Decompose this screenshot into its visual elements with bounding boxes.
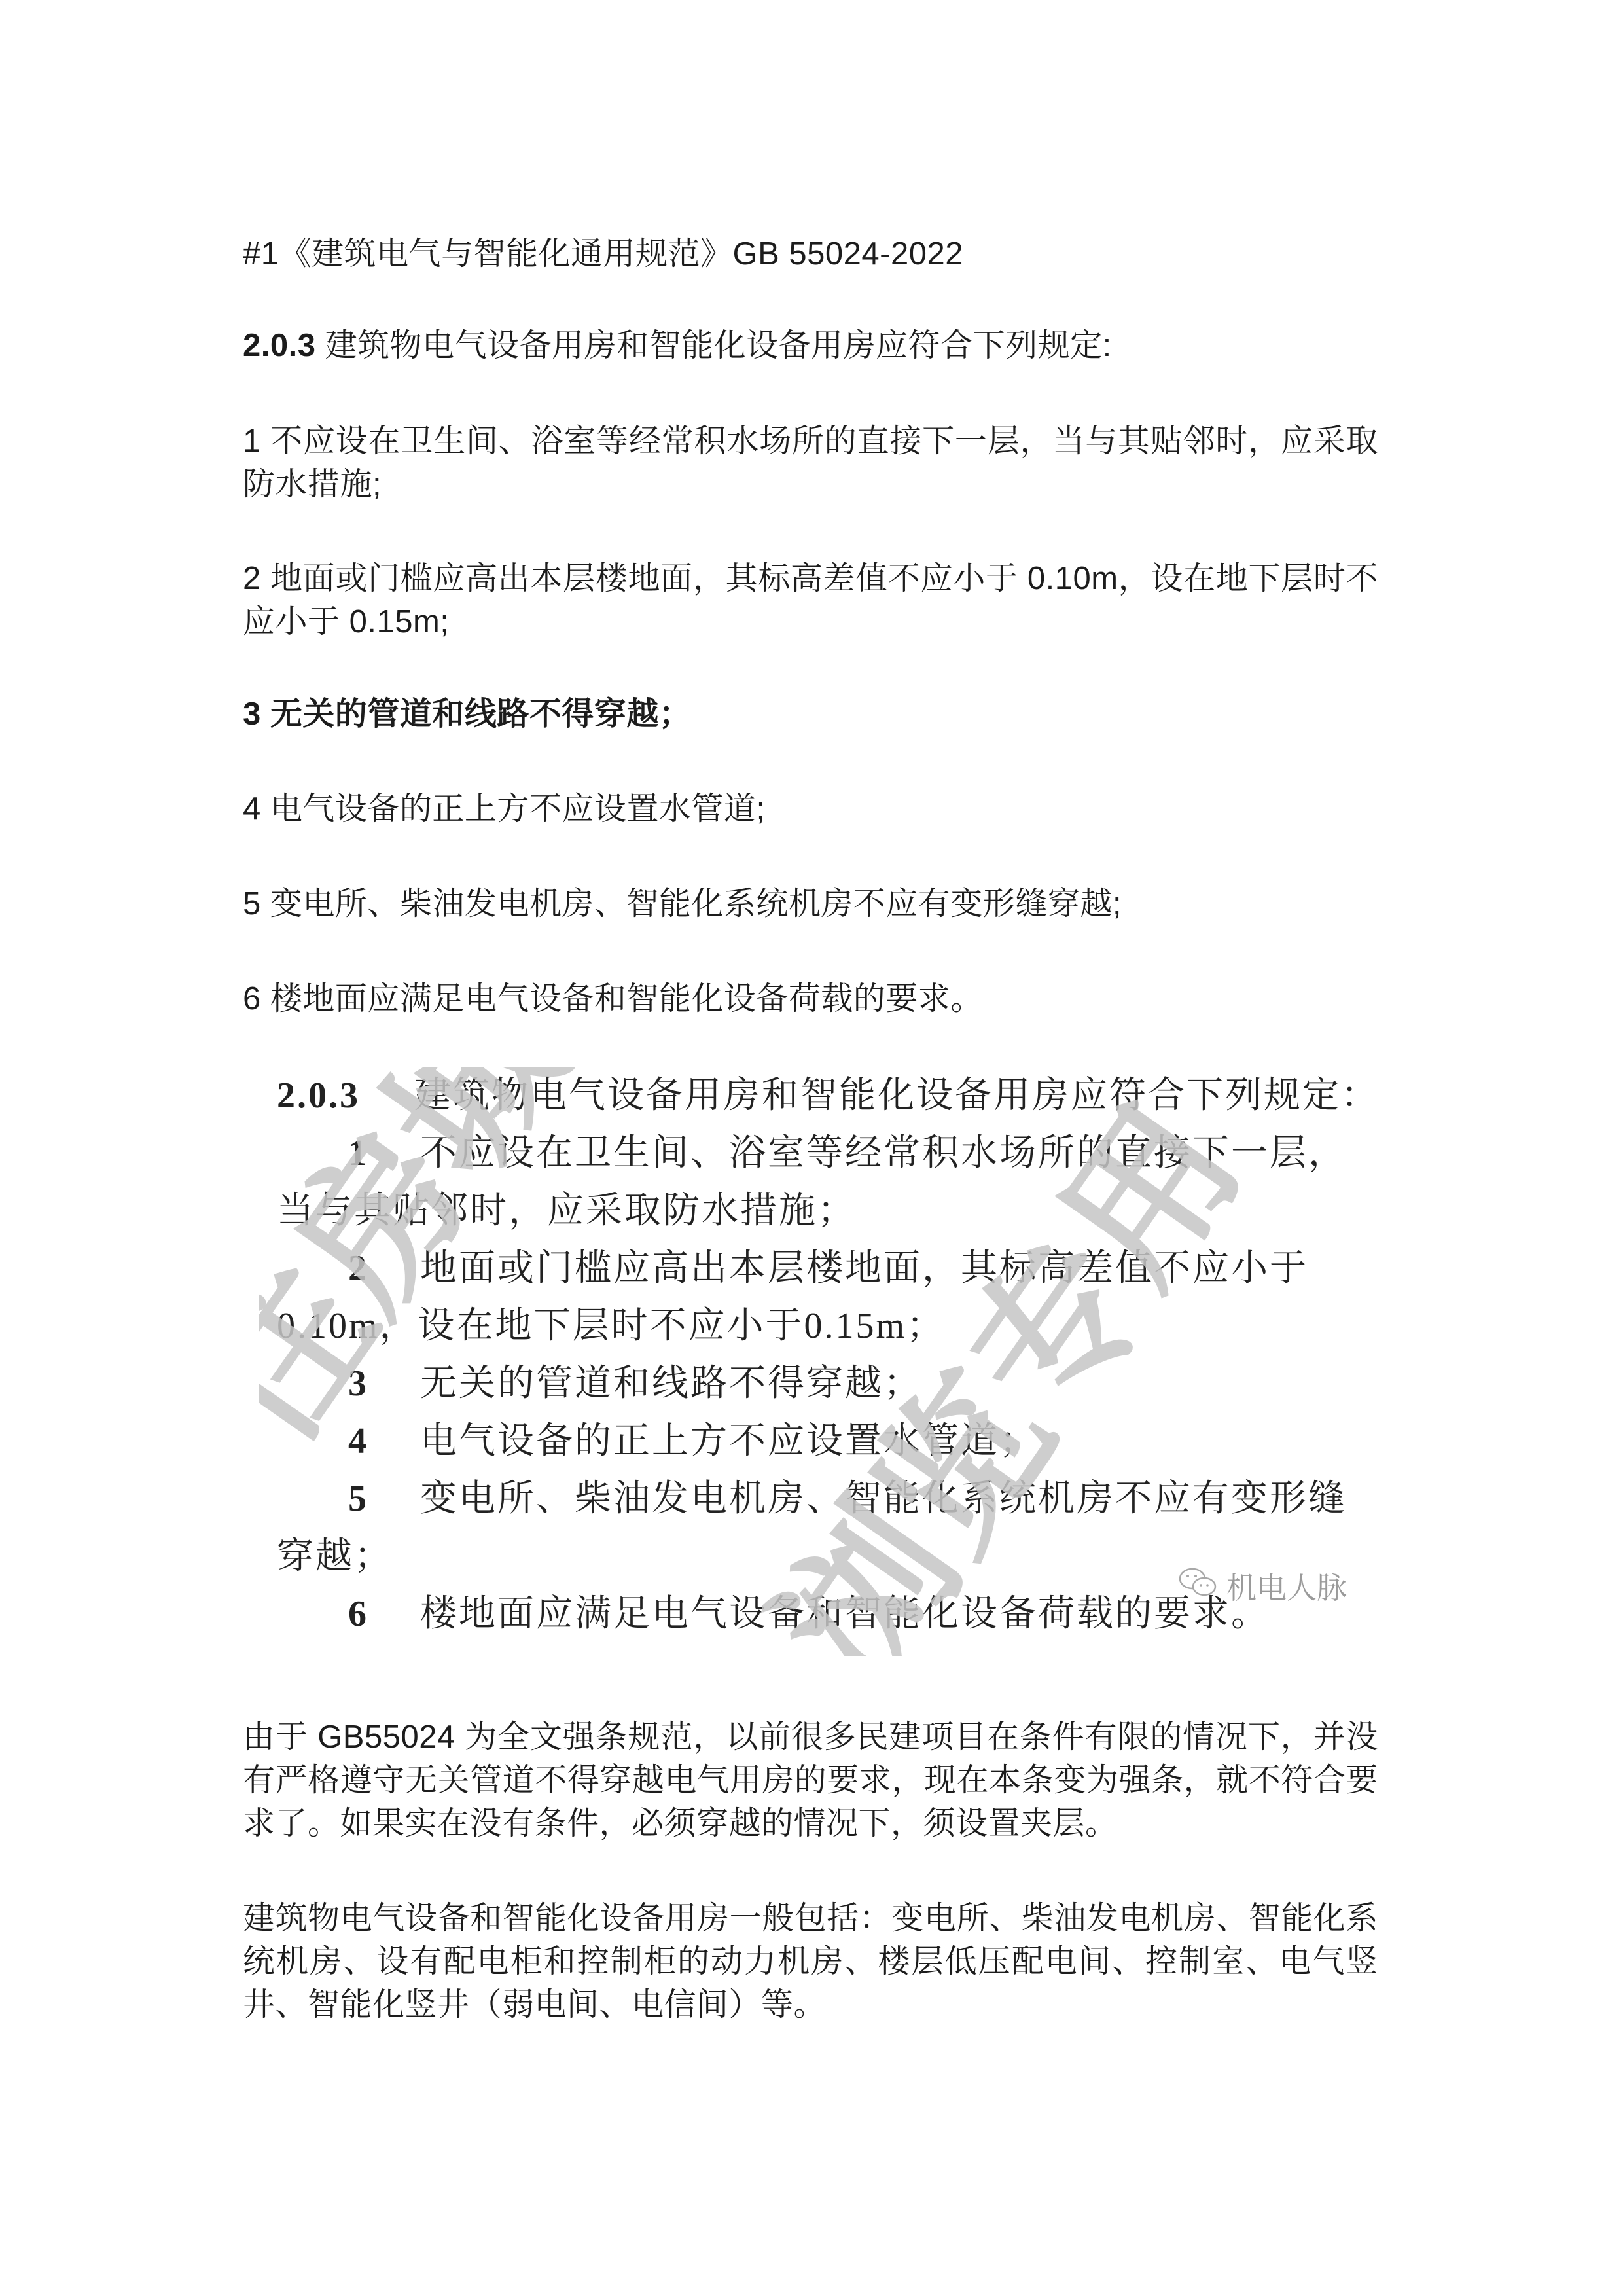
clause-heading: 2.0.3 建筑物电气设备用房和智能化设备用房应符合下列规定: bbox=[243, 324, 1378, 367]
clause-item-2: 2 地面或门槛应高出本层楼地面，其标高差值不应小于 0.10m，设在地下层时不应… bbox=[243, 557, 1378, 643]
document-title: #1《建筑电气与智能化通用规范》GB 55024-2022 bbox=[243, 232, 1378, 276]
brand-watermark: 机电人脉 bbox=[1178, 1564, 1347, 1607]
clause-item-5: 5 变电所、柴油发电机房、智能化系统机房不应有变形缝穿越; bbox=[243, 882, 1378, 925]
figure-line: 穿越； bbox=[277, 1528, 393, 1585]
clause-item-3: 3 无关的管道和线路不得穿越； bbox=[243, 692, 1378, 736]
wechat-icon bbox=[1178, 1566, 1219, 1607]
clause-text: 建筑物电气设备用房和智能化设备用房应符合下列规定: bbox=[315, 328, 1111, 363]
clause-item-1: 1 不应设在卫生间、浴室等经常积水场所的直接下一层，当与其贴邻时，应采取防水措施… bbox=[243, 420, 1378, 506]
clause-item-4: 4 电气设备的正上方不应设置水管道; bbox=[243, 787, 1378, 831]
brand-name: 机电人脉 bbox=[1226, 1564, 1347, 1607]
figure-line: 3无关的管道和线路不得穿越； bbox=[348, 1355, 922, 1412]
clause-number: 2.0.3 bbox=[243, 328, 315, 363]
commentary-paragraph-1: 由于 GB55024 为全文强条规范，以前很多民建项目在条件有限的情况下，并没有… bbox=[243, 1715, 1378, 1845]
standard-excerpt-image: 2.0.3建筑物电气设备用房和智能化设备用房应符合下列规定： 1不应设在卫生间、… bbox=[259, 1067, 1358, 1656]
clause-item-6: 6 楼地面应满足电气设备和智能化设备荷载的要求。 bbox=[243, 977, 1378, 1020]
commentary-paragraph-2: 建筑物电气设备和智能化设备用房一般包括：变电所、柴油发电机房、智能化系统机房、设… bbox=[243, 1897, 1378, 2026]
